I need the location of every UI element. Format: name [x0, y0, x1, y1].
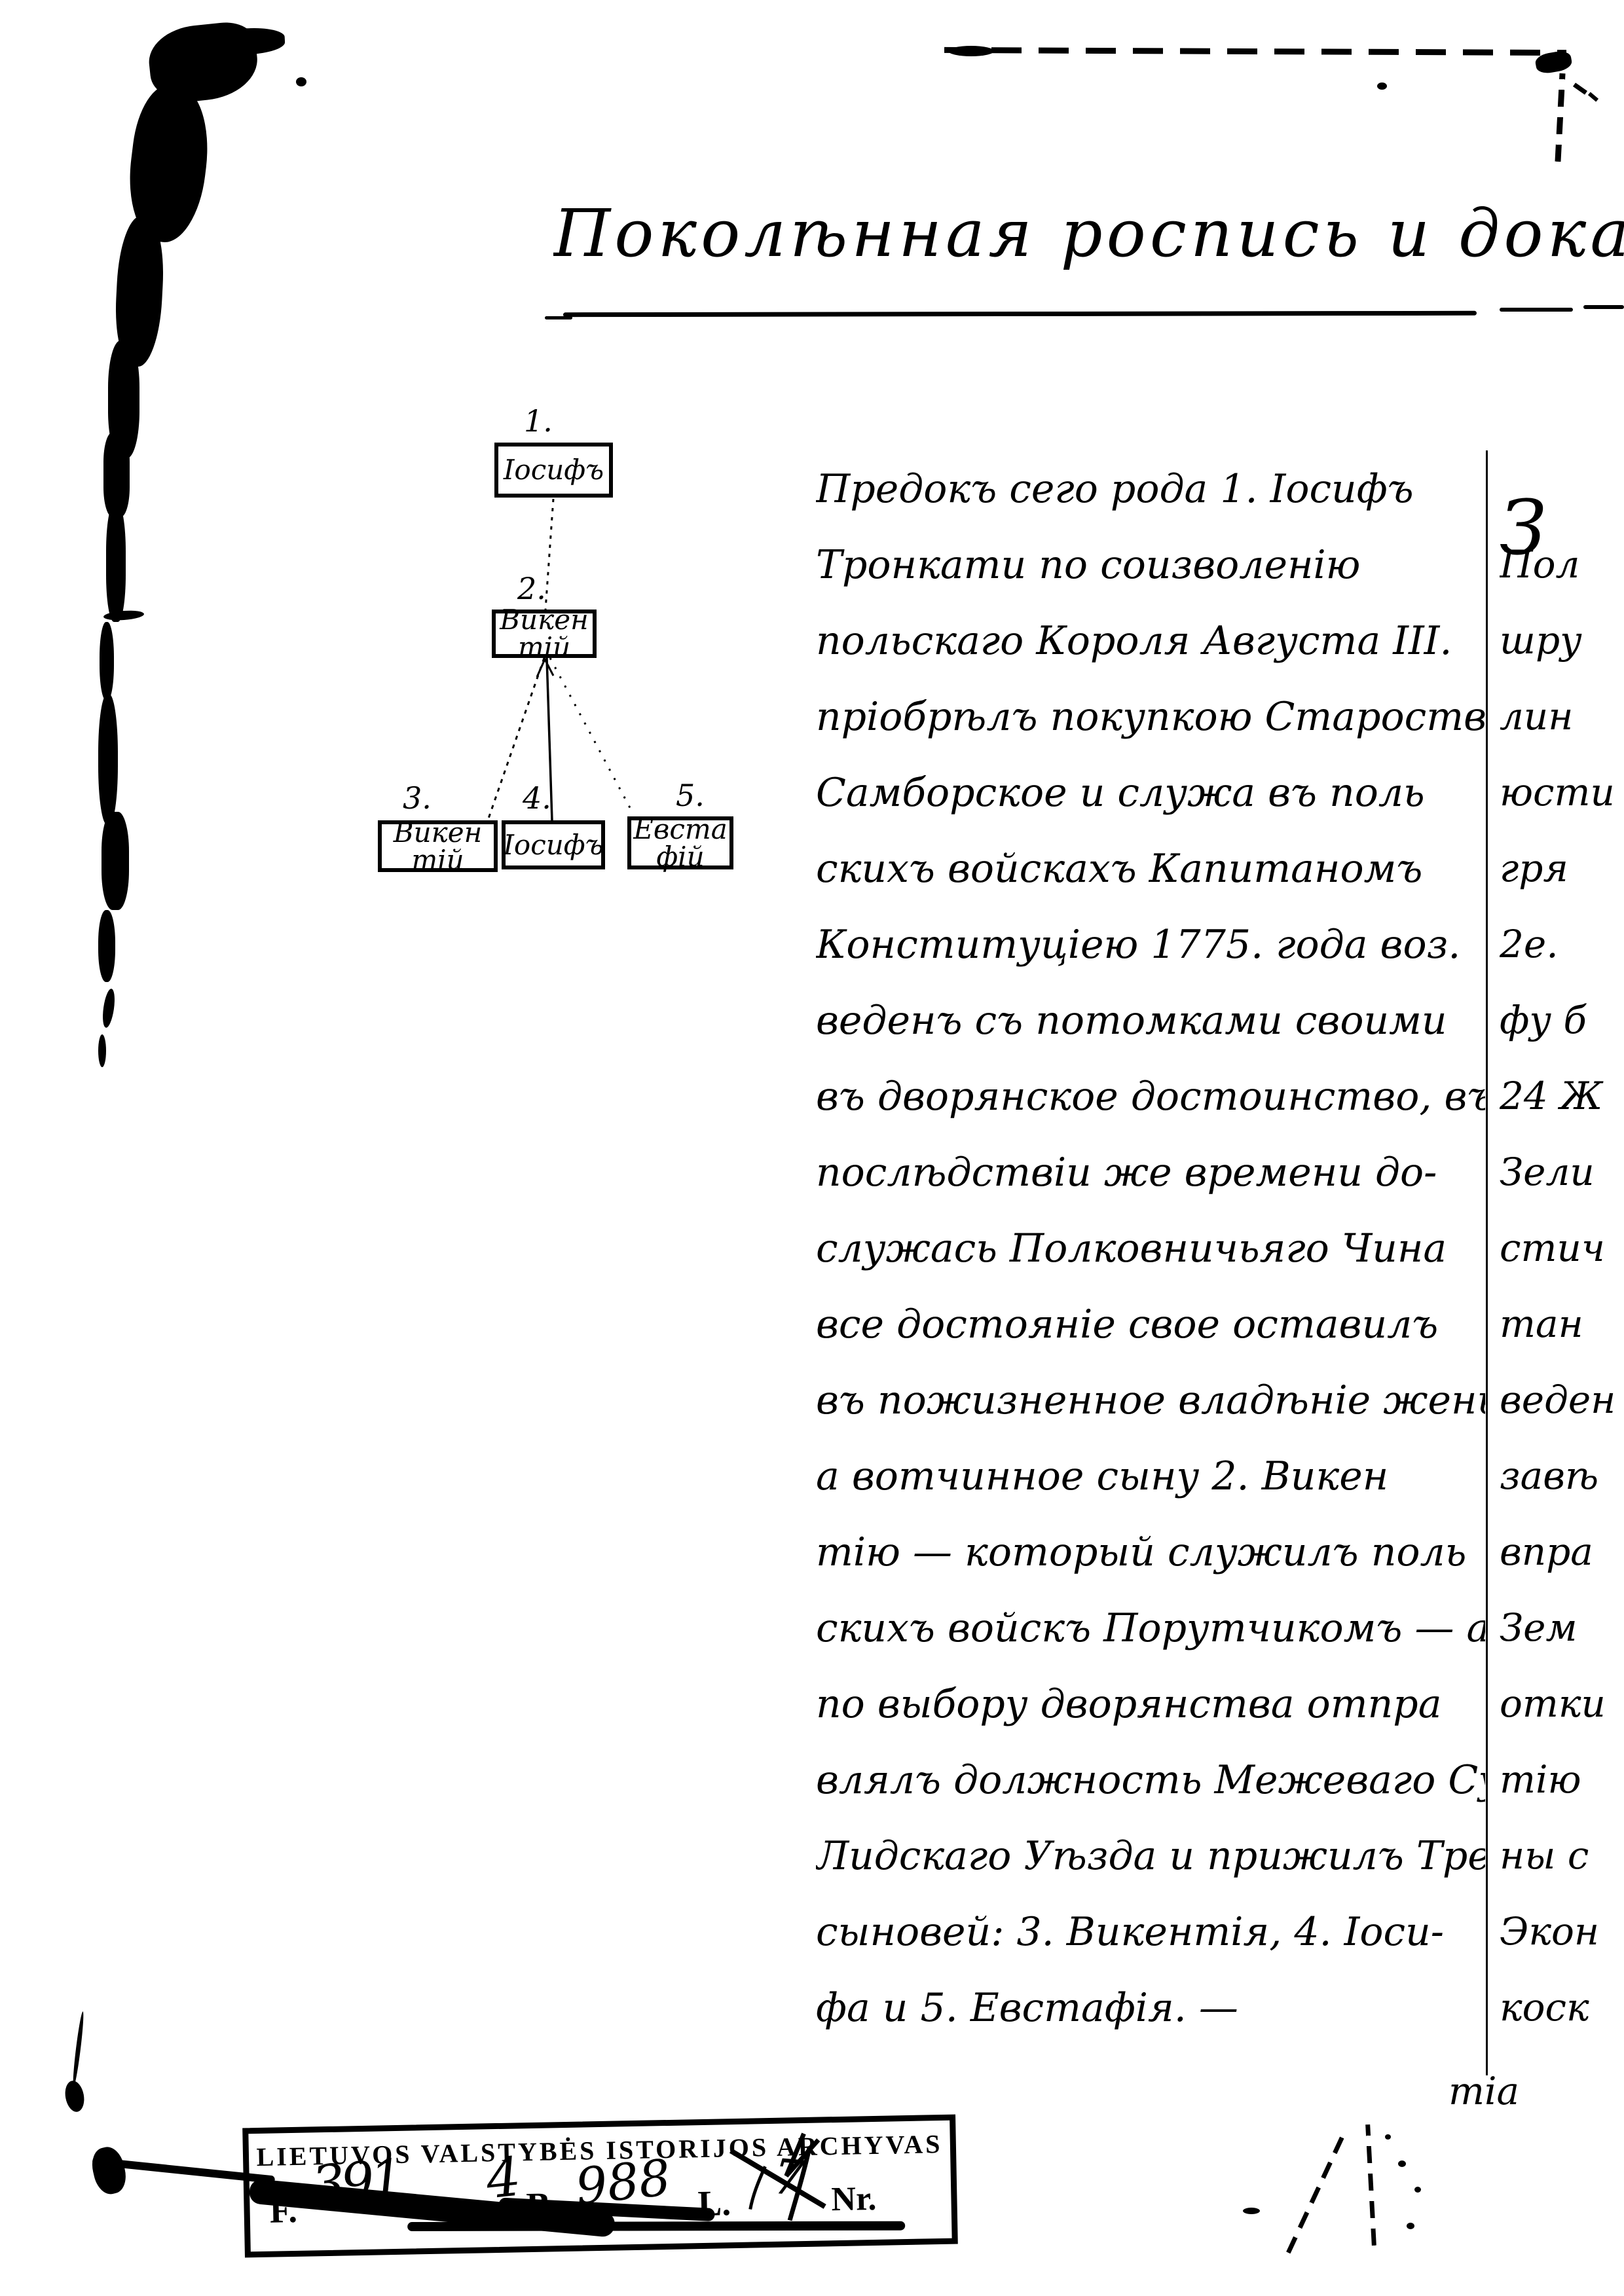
pencil-dot-2 [1414, 2187, 1421, 2193]
title-underline-dash-2 [1583, 305, 1624, 309]
right-column-fragment-16: отки [1500, 1681, 1624, 1753]
scan-wisp-bottom-left [71, 2011, 85, 2086]
right-column-fragment-8: 24 Ж [1500, 1074, 1624, 1146]
stamp-lapas-number-handwritten: 7 [771, 2149, 806, 2208]
manuscript-line-3: польскаго Короля Августа III. [816, 618, 1485, 690]
right-column-fragment-10: стич [1500, 1226, 1624, 1298]
column-divider-rule [1486, 450, 1488, 2075]
stamp-byla-number-handwritten: 988 [573, 2148, 674, 2216]
title-underline-dash-1 [1500, 308, 1573, 312]
manuscript-line-20: сыновей: 3. Викентія, 4. Іоси- [816, 1909, 1485, 1981]
manuscript-line-15: тію — который служилъ поль [816, 1529, 1485, 1601]
right-column-fragment-20: коск [1500, 1985, 1624, 2057]
manuscript-line-1: Предокъ сего рода 1. Іосифъ [816, 466, 1485, 538]
manuscript-line-5: Самборское и служа въ поль [816, 770, 1485, 842]
title-underline-main [563, 311, 1477, 317]
scan-smudge-left-7 [98, 694, 118, 825]
scan-smudge-left-6 [100, 622, 114, 701]
right-column-fragment-21: тіа [1449, 2069, 1624, 2141]
scan-streak-top-edge [944, 47, 1566, 56]
scan-dot-1 [296, 77, 306, 86]
scan-blob-bottom-left [63, 2079, 86, 2113]
manuscript-line-8: веденъ съ потомками своими [816, 998, 1485, 1070]
manuscript-line-10: послѣдствіи же времени до- [816, 1150, 1485, 1222]
ink-smear-left-blob [88, 2144, 130, 2197]
right-column-fragment-11: тан [1500, 1302, 1624, 1374]
manuscript-line-6: скихъ войскахъ Капитаномъ [816, 846, 1485, 918]
manuscript-line-11: служась Полковничьяго Чина [816, 1226, 1485, 1298]
right-column-fragment-3: лин [1500, 694, 1624, 766]
manuscript-line-16: скихъ войскъ Порутчикомъ — а [816, 1605, 1485, 1677]
scan-smudge-left-9 [98, 910, 115, 982]
manuscript-line-19: Лидскаго Уѣзда и прижилъ Трехъ [816, 1833, 1485, 1905]
right-column-fragment-2: шру [1500, 618, 1624, 690]
pencil-mark-small [1243, 2208, 1260, 2214]
right-column-fragment-1: Пол [1500, 542, 1624, 614]
pencil-streak-1 [1286, 2136, 1344, 2254]
title-underline-lead [545, 316, 572, 319]
right-column-fragment-12: веден [1500, 1377, 1624, 1449]
pencil-dot-1 [1398, 2160, 1406, 2167]
right-column-fragment-4: юсти [1500, 770, 1624, 842]
manuscript-line-13: въ пожизненное владѣніе жены, [816, 1377, 1485, 1449]
right-column-fragment-15: Зем [1500, 1605, 1624, 1677]
right-column-fragment-18: ны с [1500, 1833, 1624, 1905]
scan-tick-left-1 [101, 988, 117, 1029]
manuscript-line-2: Тронкати по соизволенію [816, 542, 1485, 614]
tree-connectors [360, 386, 766, 910]
scan-tick-left-2 [98, 1034, 106, 1067]
scan-dot-2 [1377, 82, 1387, 90]
manuscript-line-21: фа и 5. Евстафія. — [816, 1985, 1485, 2057]
manuscript-line-12: все достояніе свое оставилъ [816, 1302, 1485, 1374]
right-column-fragment-6: 2е. [1500, 922, 1624, 994]
pencil-dot-3 [1407, 2223, 1414, 2229]
manuscript-line-18: влялъ должность Межеваго Судьи [816, 1757, 1485, 1829]
manuscript-line-4: пріобрѣлъ покупкою Староство [816, 694, 1485, 766]
manuscript-line-9: въ дворянское достоинство, въ [816, 1074, 1485, 1146]
scan-tick-top-right-2 [1588, 92, 1598, 102]
archive-stamp: LIETUVOS VALSTYBĖS ISTORIJOS ARCHYVAS F.… [242, 2115, 958, 2258]
stamp-handwritten-extra: 4 [483, 2145, 524, 2211]
pencil-dot-4 [1385, 2134, 1391, 2140]
manuscript-line-17: по выбору дворянства отпра [816, 1681, 1485, 1753]
scan-tick-top-right-1 [1573, 82, 1587, 94]
scan-streak-top-start [948, 46, 994, 56]
right-column-fragment-9: Зели [1500, 1150, 1624, 1222]
right-column-fragment-7: фу б [1500, 998, 1624, 1070]
right-column-fragment-5: гря [1500, 846, 1624, 918]
manuscript-line-14: а вотчинное сыну 2. Викен [816, 1453, 1485, 1525]
scan-drip-top-right [1555, 73, 1565, 162]
right-column-fragment-14: впра [1500, 1529, 1624, 1601]
stamp-byla-label: B. [526, 2184, 560, 2226]
right-column-fragment-17: тію [1500, 1757, 1624, 1829]
pencil-streak-2 [1365, 2124, 1376, 2246]
stamp-nr-label: Nr. [831, 2179, 877, 2219]
right-column-fragment-19: Экон [1500, 1909, 1624, 1981]
right-column-fragment-13: завѣ [1500, 1453, 1624, 1525]
scanned-archival-page: { "title": { "text": "Поколѣнная роспись… [0, 0, 1624, 2296]
page-title: Поколѣнная роспись и доказані [553, 195, 1624, 310]
scan-smudge-left-5 [106, 504, 126, 622]
manuscript-line-7: Конституціею 1775. года воз. [816, 922, 1485, 994]
scan-smudge-left-8 [101, 812, 129, 910]
